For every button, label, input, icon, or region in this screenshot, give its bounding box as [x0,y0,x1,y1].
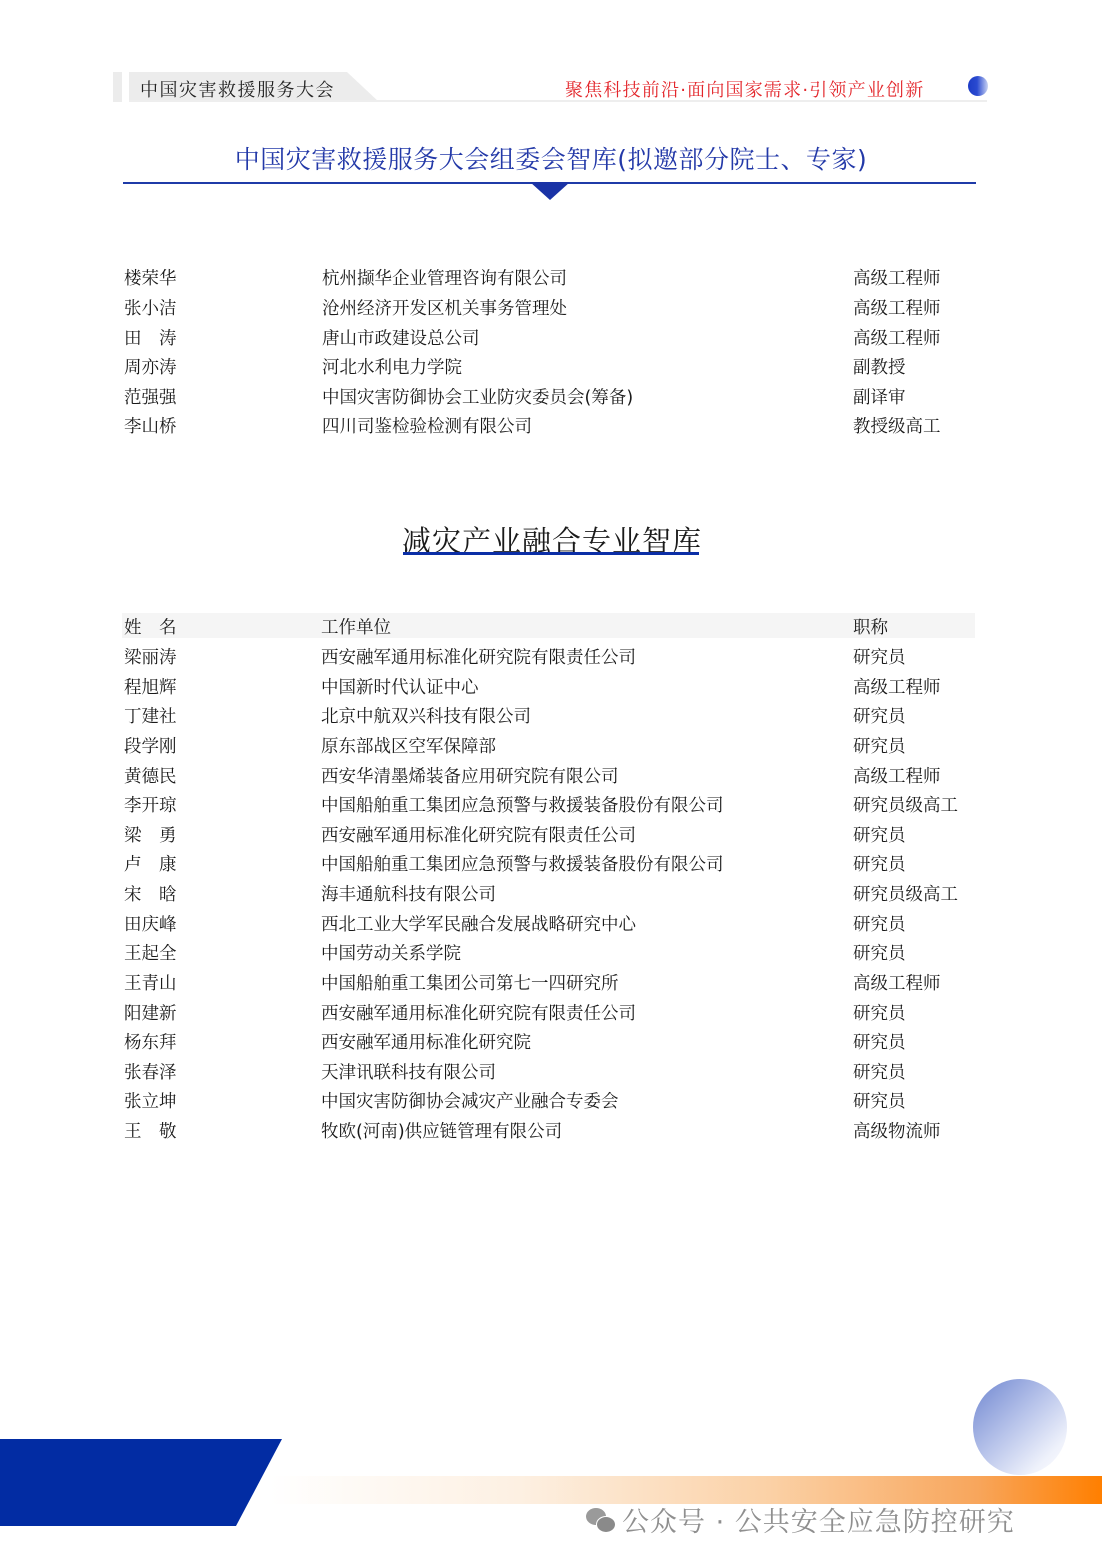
cell-org: 牧欧(河南)供应链管理有限公司 [321,1118,562,1143]
cell-title: 研究员 [853,940,906,965]
cell-name: 周亦涛 [124,354,177,379]
cell-name: 杨东拜 [124,1029,177,1054]
table-row: 宋 晗 海丰通航科技有限公司 研究员级高工 [0,881,1102,910]
header-slogan: 聚焦科技前沿·面向国家需求·引领产业创新 [565,76,924,102]
section1-title: 中国灾害救援服务大会组委会智库(拟邀部分院士、专家) [0,140,1102,176]
cell-title: 研究员 [853,1059,906,1084]
cell-name: 田庆峰 [124,911,177,936]
cell-name: 丁建社 [124,703,177,728]
table-row: 楼荣华 杭州撷华企业管理咨询有限公司 高级工程师 [0,265,1102,294]
table-row: 梁 勇 西安融军通用标准化研究院有限责任公司 研究员 [0,822,1102,851]
table-row: 李山桥 四川司鉴检验检测有限公司 教授级高工 [0,413,1102,442]
cell-title: 研究员 [853,703,906,728]
table-row: 阳建新 西安融军通用标准化研究院有限责任公司 研究员 [0,1000,1102,1029]
cell-name: 王起全 [124,940,177,965]
cell-org: 中国船舶重工集团应急预警与救援装备股份有限公司 [321,792,724,817]
cell-title: 研究员 [853,1029,906,1054]
watermark-text: 公众号 · 公共安全应急防控研究 [622,1500,1015,1539]
cell-org: 中国新时代认证中心 [321,674,479,699]
cell-org: 北京中航双兴科技有限公司 [321,703,531,728]
header-accent-stub [113,72,122,102]
table-row: 周亦涛 河北水利电力学院 副教授 [0,354,1102,383]
table-header-row: 姓 名 工作单位 职称 [0,614,1102,643]
cell-name: 张立坤 [124,1088,177,1113]
table-row: 张小洁 沧州经济开发区机关事务管理处 高级工程师 [0,295,1102,324]
wechat-icon [586,1506,616,1534]
table-row: 张春泽 天津讯联科技有限公司 研究员 [0,1059,1102,1088]
cell-org: 中国灾害防御协会工业防灾委员会(筹备) [322,384,633,409]
cell-name: 梁 勇 [124,822,177,847]
table-row: 范强强 中国灾害防御协会工业防灾委员会(筹备) 副译审 [0,384,1102,413]
cell-org: 河北水利电力学院 [322,354,462,379]
cell-title: 研究员 [853,911,906,936]
table-row: 卢 康 中国船舶重工集团应急预警与救援装备股份有限公司 研究员 [0,851,1102,880]
cell-title: 教授级高工 [853,413,941,438]
cell-name: 段学刚 [124,733,177,758]
table-row: 程旭辉 中国新时代认证中心 高级工程师 [0,674,1102,703]
table-row: 王 敬 牧欧(河南)供应链管理有限公司 高级物流师 [0,1118,1102,1147]
cell-org: 西安融军通用标准化研究院 [321,1029,531,1054]
cell-name: 楼荣华 [124,265,177,290]
cell-title: 高级工程师 [853,674,941,699]
footer-watermark: 公众号 · 公共安全应急防控研究 [586,1500,1015,1539]
cell-title: 高级工程师 [853,325,941,350]
table-row: 黄德民 西安华清墨烯装备应用研究院有限公司 高级工程师 [0,763,1102,792]
table-row: 王青山 中国船舶重工集团公司第七一四研究所 高级工程师 [0,970,1102,999]
cell-name: 梁丽涛 [124,644,177,669]
table-row: 田庆峰 西北工业大学军民融合发展战略研究中心 研究员 [0,911,1102,940]
cell-name: 卢 康 [124,851,177,876]
cell-title: 高级工程师 [853,970,941,995]
table-row: 丁建社 北京中航双兴科技有限公司 研究员 [0,703,1102,732]
cell-org: 海丰通航科技有限公司 [321,881,496,906]
cell-name: 王 敬 [124,1118,177,1143]
cell-org: 中国船舶重工集团应急预警与救援装备股份有限公司 [321,851,724,876]
table-row: 梁丽涛 西安融军通用标准化研究院有限责任公司 研究员 [0,644,1102,673]
cell-org: 西安融军通用标准化研究院有限责任公司 [321,644,636,669]
cell-org: 西安华清墨烯装备应用研究院有限公司 [321,763,619,788]
header-dot-icon [968,76,988,96]
cell-title: 副教授 [853,354,906,379]
decorative-circle [973,1379,1067,1475]
cell-name: 李山桥 [124,413,177,438]
table-row: 段学刚 原东部战区空军保障部 研究员 [0,733,1102,762]
cell-name: 田 涛 [124,325,177,350]
table-row: 李开琼 中国船舶重工集团应急预警与救援装备股份有限公司 研究员级高工 [0,792,1102,821]
cell-org: 唐山市政建设总公司 [322,325,480,350]
column-header-name: 姓 名 [124,614,177,639]
cell-title: 研究员 [853,822,906,847]
cell-title: 研究员 [853,1088,906,1113]
table-row: 杨东拜 西安融军通用标准化研究院 研究员 [0,1029,1102,1058]
cell-title: 高级工程师 [853,763,941,788]
cell-org: 杭州撷华企业管理咨询有限公司 [322,265,567,290]
cell-name: 张春泽 [124,1059,177,1084]
cell-name: 程旭辉 [124,674,177,699]
table-row: 田 涛 唐山市政建设总公司 高级工程师 [0,325,1102,354]
cell-name: 王青山 [124,970,177,995]
section2-title-underline [403,552,699,555]
cell-title: 研究员级高工 [853,881,958,906]
cell-name: 阳建新 [124,1000,177,1025]
cell-name: 范强强 [124,384,177,409]
cell-name: 李开琼 [124,792,177,817]
cell-org: 西安融军通用标准化研究院有限责任公司 [321,1000,636,1025]
table-row: 张立坤 中国灾害防御协会减灾产业融合专委会 研究员 [0,1088,1102,1117]
cell-org: 中国劳动关系学院 [321,940,461,965]
cell-title: 研究员 [853,1000,906,1025]
cell-org: 西北工业大学军民融合发展战略研究中心 [321,911,636,936]
cell-title: 高级物流师 [853,1118,941,1143]
cell-name: 张小洁 [124,295,177,320]
triangle-down-icon [530,182,570,200]
cell-name: 宋 晗 [124,881,177,906]
cell-org: 原东部战区空军保障部 [321,733,496,758]
cell-title: 高级工程师 [853,265,941,290]
cell-title: 研究员级高工 [853,792,958,817]
header-conference-name: 中国灾害救援服务大会 [140,76,335,102]
cell-org: 天津讯联科技有限公司 [321,1059,496,1084]
cell-org: 中国船舶重工集团公司第七一四研究所 [321,970,619,995]
cell-title: 研究员 [853,851,906,876]
cell-org: 西安融军通用标准化研究院有限责任公司 [321,822,636,847]
table-row: 王起全 中国劳动关系学院 研究员 [0,940,1102,969]
cell-org: 沧州经济开发区机关事务管理处 [322,295,567,320]
column-header-org: 工作单位 [321,614,391,639]
column-header-title: 职称 [853,614,888,639]
footer-blue-block [0,1439,282,1526]
cell-name: 黄德民 [124,763,177,788]
cell-title: 研究员 [853,644,906,669]
cell-title: 高级工程师 [853,295,941,320]
cell-org: 四川司鉴检验检测有限公司 [322,413,532,438]
cell-title: 副译审 [853,384,906,409]
cell-org: 中国灾害防御协会减灾产业融合专委会 [321,1088,619,1113]
cell-title: 研究员 [853,733,906,758]
